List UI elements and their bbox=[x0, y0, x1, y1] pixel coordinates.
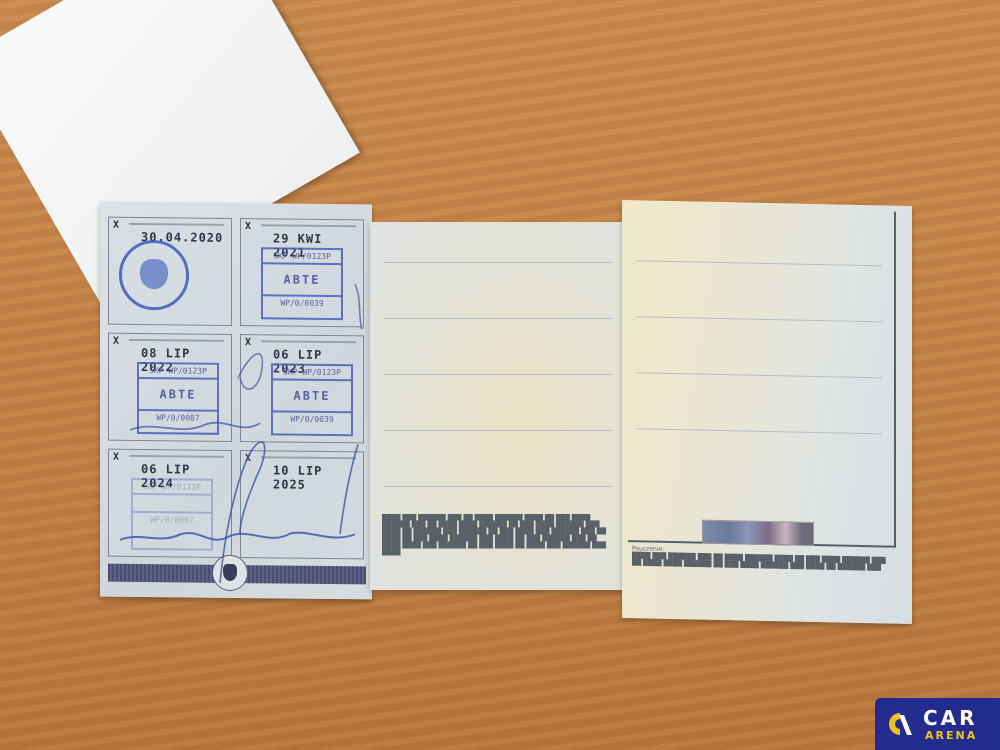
cell-mark: X bbox=[245, 453, 251, 464]
cell-mark: X bbox=[113, 336, 119, 347]
inspection-stamp: SKP WP/0123P WP/0/0087 bbox=[131, 478, 213, 551]
cell-mark: X bbox=[245, 221, 251, 232]
eagle-emblem-icon bbox=[212, 555, 248, 591]
stamp-cell: X 10 LIP 2025 bbox=[240, 450, 364, 559]
document-page-right: Pouczenie: ████ ███ ██████ ███ ██ ████ █… bbox=[622, 200, 912, 624]
official-seal-icon bbox=[119, 240, 189, 311]
document-page-left: X 30.04.2020 X 29 KWI 2021 SKP WP/0123P … bbox=[100, 202, 372, 600]
stamp-cell: X 08 LIP 2022 SKP WP/0123P ABTE WP/0/008… bbox=[108, 333, 232, 442]
notice-text: Pouczenie: ████ ███ ██████ ███ ██ ████ █… bbox=[632, 545, 892, 590]
inspection-stamp: SKP WP/0123P ABTE WP/0/0087 bbox=[137, 362, 219, 435]
inspection-stamp-grid: X 30.04.2020 X 29 KWI 2021 SKP WP/0123P … bbox=[108, 217, 366, 565]
car-arena-mark-icon bbox=[887, 711, 913, 737]
inspection-stamp: SKP WP/0123P ABTE WP/0/0039 bbox=[271, 363, 353, 436]
inspection-stamp: SKP WP/0123P ABTE WP/0/0039 bbox=[261, 247, 343, 320]
car-arena-logo: CAR ARENA bbox=[875, 698, 1000, 750]
legal-fine-print: ████ ███ ██████ ███ ██ ████ ██████ ████ … bbox=[382, 514, 612, 582]
stamp-cell: X 29 KWI 2021 SKP WP/0123P ABTE WP/0/003… bbox=[240, 218, 364, 327]
ruled-lines bbox=[384, 262, 612, 542]
ruled-lines bbox=[636, 260, 882, 489]
inspection-date: 10 LIP 2025 bbox=[273, 463, 363, 492]
hologram-strip bbox=[702, 520, 814, 546]
document-page-middle: ████ ███ ██████ ███ ██ ████ ██████ ████ … bbox=[370, 222, 626, 590]
logo-text-car: CAR bbox=[923, 706, 978, 730]
cell-mark: X bbox=[245, 337, 251, 348]
cell-mark: X bbox=[113, 452, 119, 463]
logo-text-arena: ARENA bbox=[925, 729, 977, 742]
stamp-cell: X 06 LIP 2024 SKP WP/0123P WP/0/0087 bbox=[108, 449, 232, 558]
stamp-cell: X 06 LIP 2023 SKP WP/0123P ABTE WP/0/003… bbox=[240, 334, 364, 443]
stamp-cell: X 30.04.2020 bbox=[108, 217, 232, 326]
cell-mark: X bbox=[113, 220, 119, 231]
